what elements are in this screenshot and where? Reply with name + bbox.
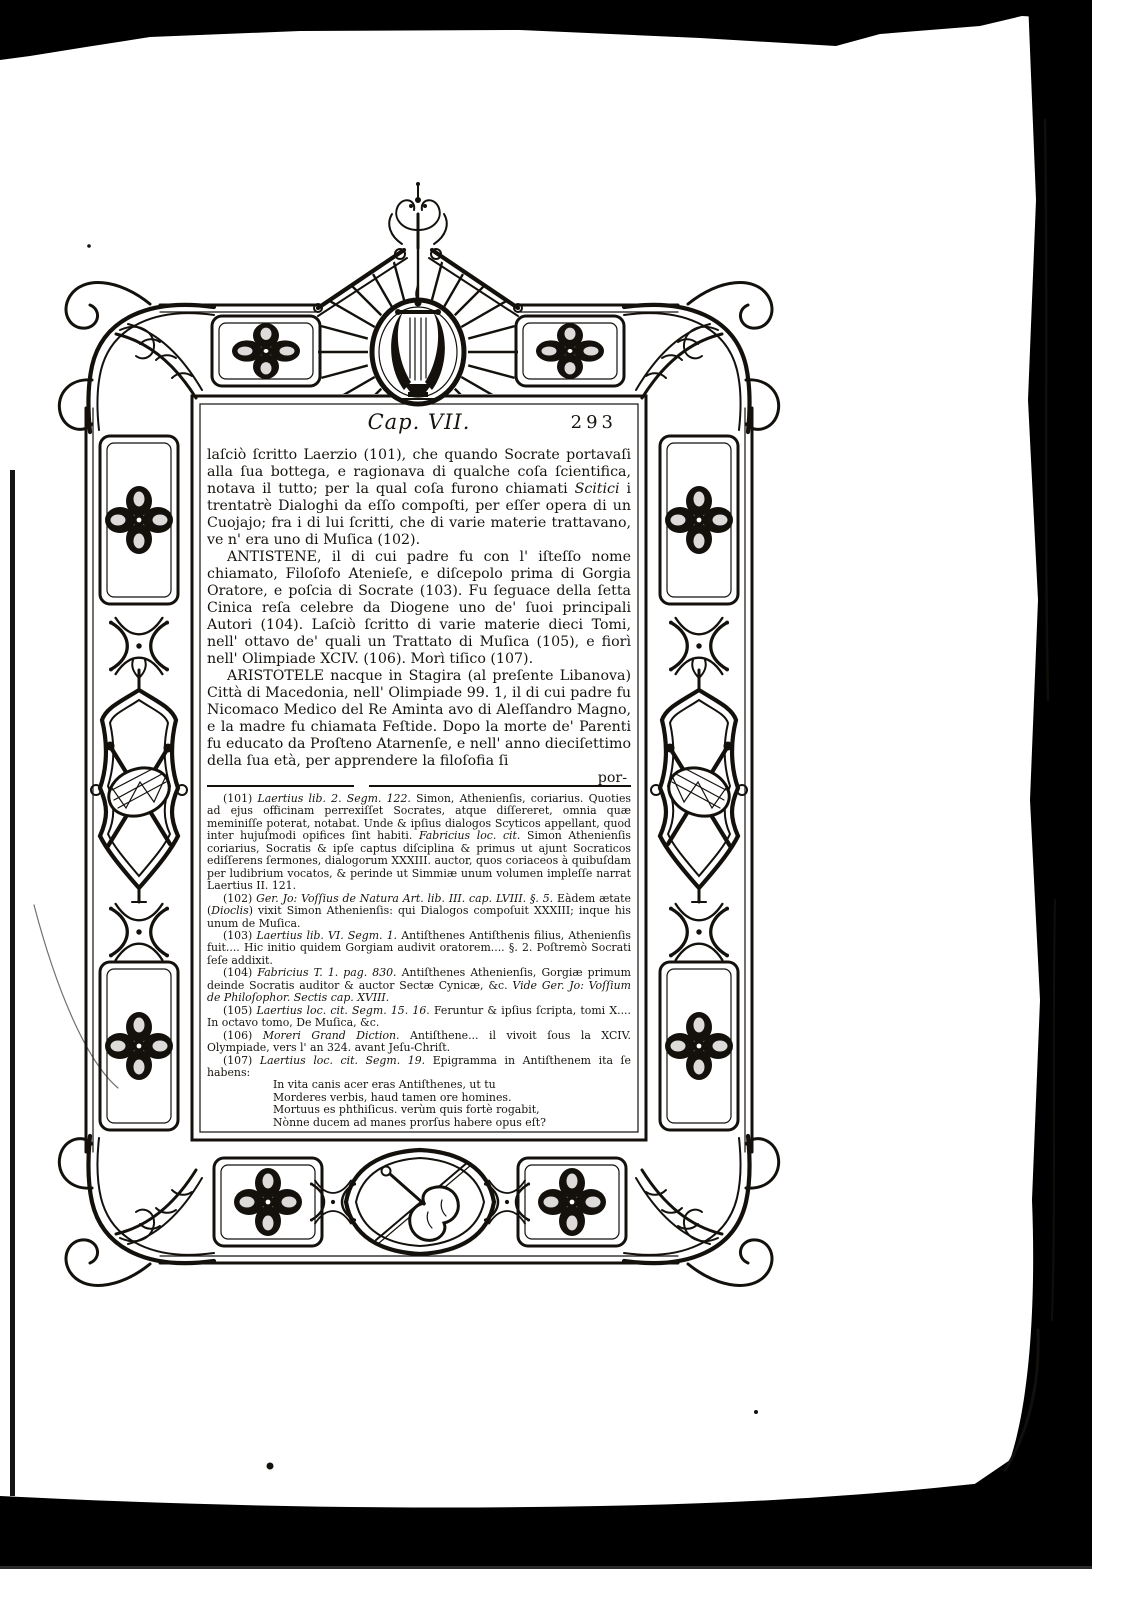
body-paragraphs: laſciò ſcritto Laerzio (101), che quando… — [207, 447, 631, 787]
page-text-layer: Cap. VII. 293 laſciò ſcritto Laerzio (10… — [0, 0, 1126, 1600]
paragraph: ARISTOTELE nacque in Stagira (al preſent… — [207, 668, 631, 770]
footnote: (107) Laertius loc. cit. Segm. 19. Epigr… — [207, 1055, 631, 1080]
scanned-book-page: Cap. VII. 293 laſciò ſcritto Laerzio (10… — [0, 0, 1126, 1600]
page-number: 293 — [571, 412, 617, 433]
footnote: (103) Laertius lib. VI. Segm. 1. Antiſth… — [207, 930, 631, 967]
footnote: (101) Laertius lib. 2. Segm. 122. Simon,… — [207, 793, 631, 893]
footnote-separator — [207, 785, 631, 788]
paragraph: laſciò ſcritto Laerzio (101), che quando… — [207, 447, 631, 549]
paragraph: ANTISTENE, il di cui padre fu con l' iſt… — [207, 549, 631, 668]
page-header: Cap. VII. 293 — [207, 410, 631, 440]
footnote: (102) Ger. Jo: Voſſius de Natura Art. li… — [207, 893, 631, 930]
footnote: (106) Moreri Grand Diction. Antiſthene..… — [207, 1030, 631, 1055]
verse-line: Mortuus es phthiſicus. verùm quis fortè … — [273, 1104, 631, 1116]
verse-line: In vita canis acer eras Antiſthenes, ut … — [273, 1079, 631, 1091]
chapter-heading: Cap. VII. — [207, 410, 631, 434]
footnote: (105) Laertius loc. cit. Segm. 15. 16. F… — [207, 1005, 631, 1030]
footnote: (104) Fabricius T. 1. pag. 830. Antiſthe… — [207, 967, 631, 1004]
footnote-list: (101) Laertius lib. 2. Segm. 122. Simon,… — [207, 793, 631, 1129]
verse-line: Nònne ducem ad manes prorſus habere opus… — [273, 1117, 631, 1129]
